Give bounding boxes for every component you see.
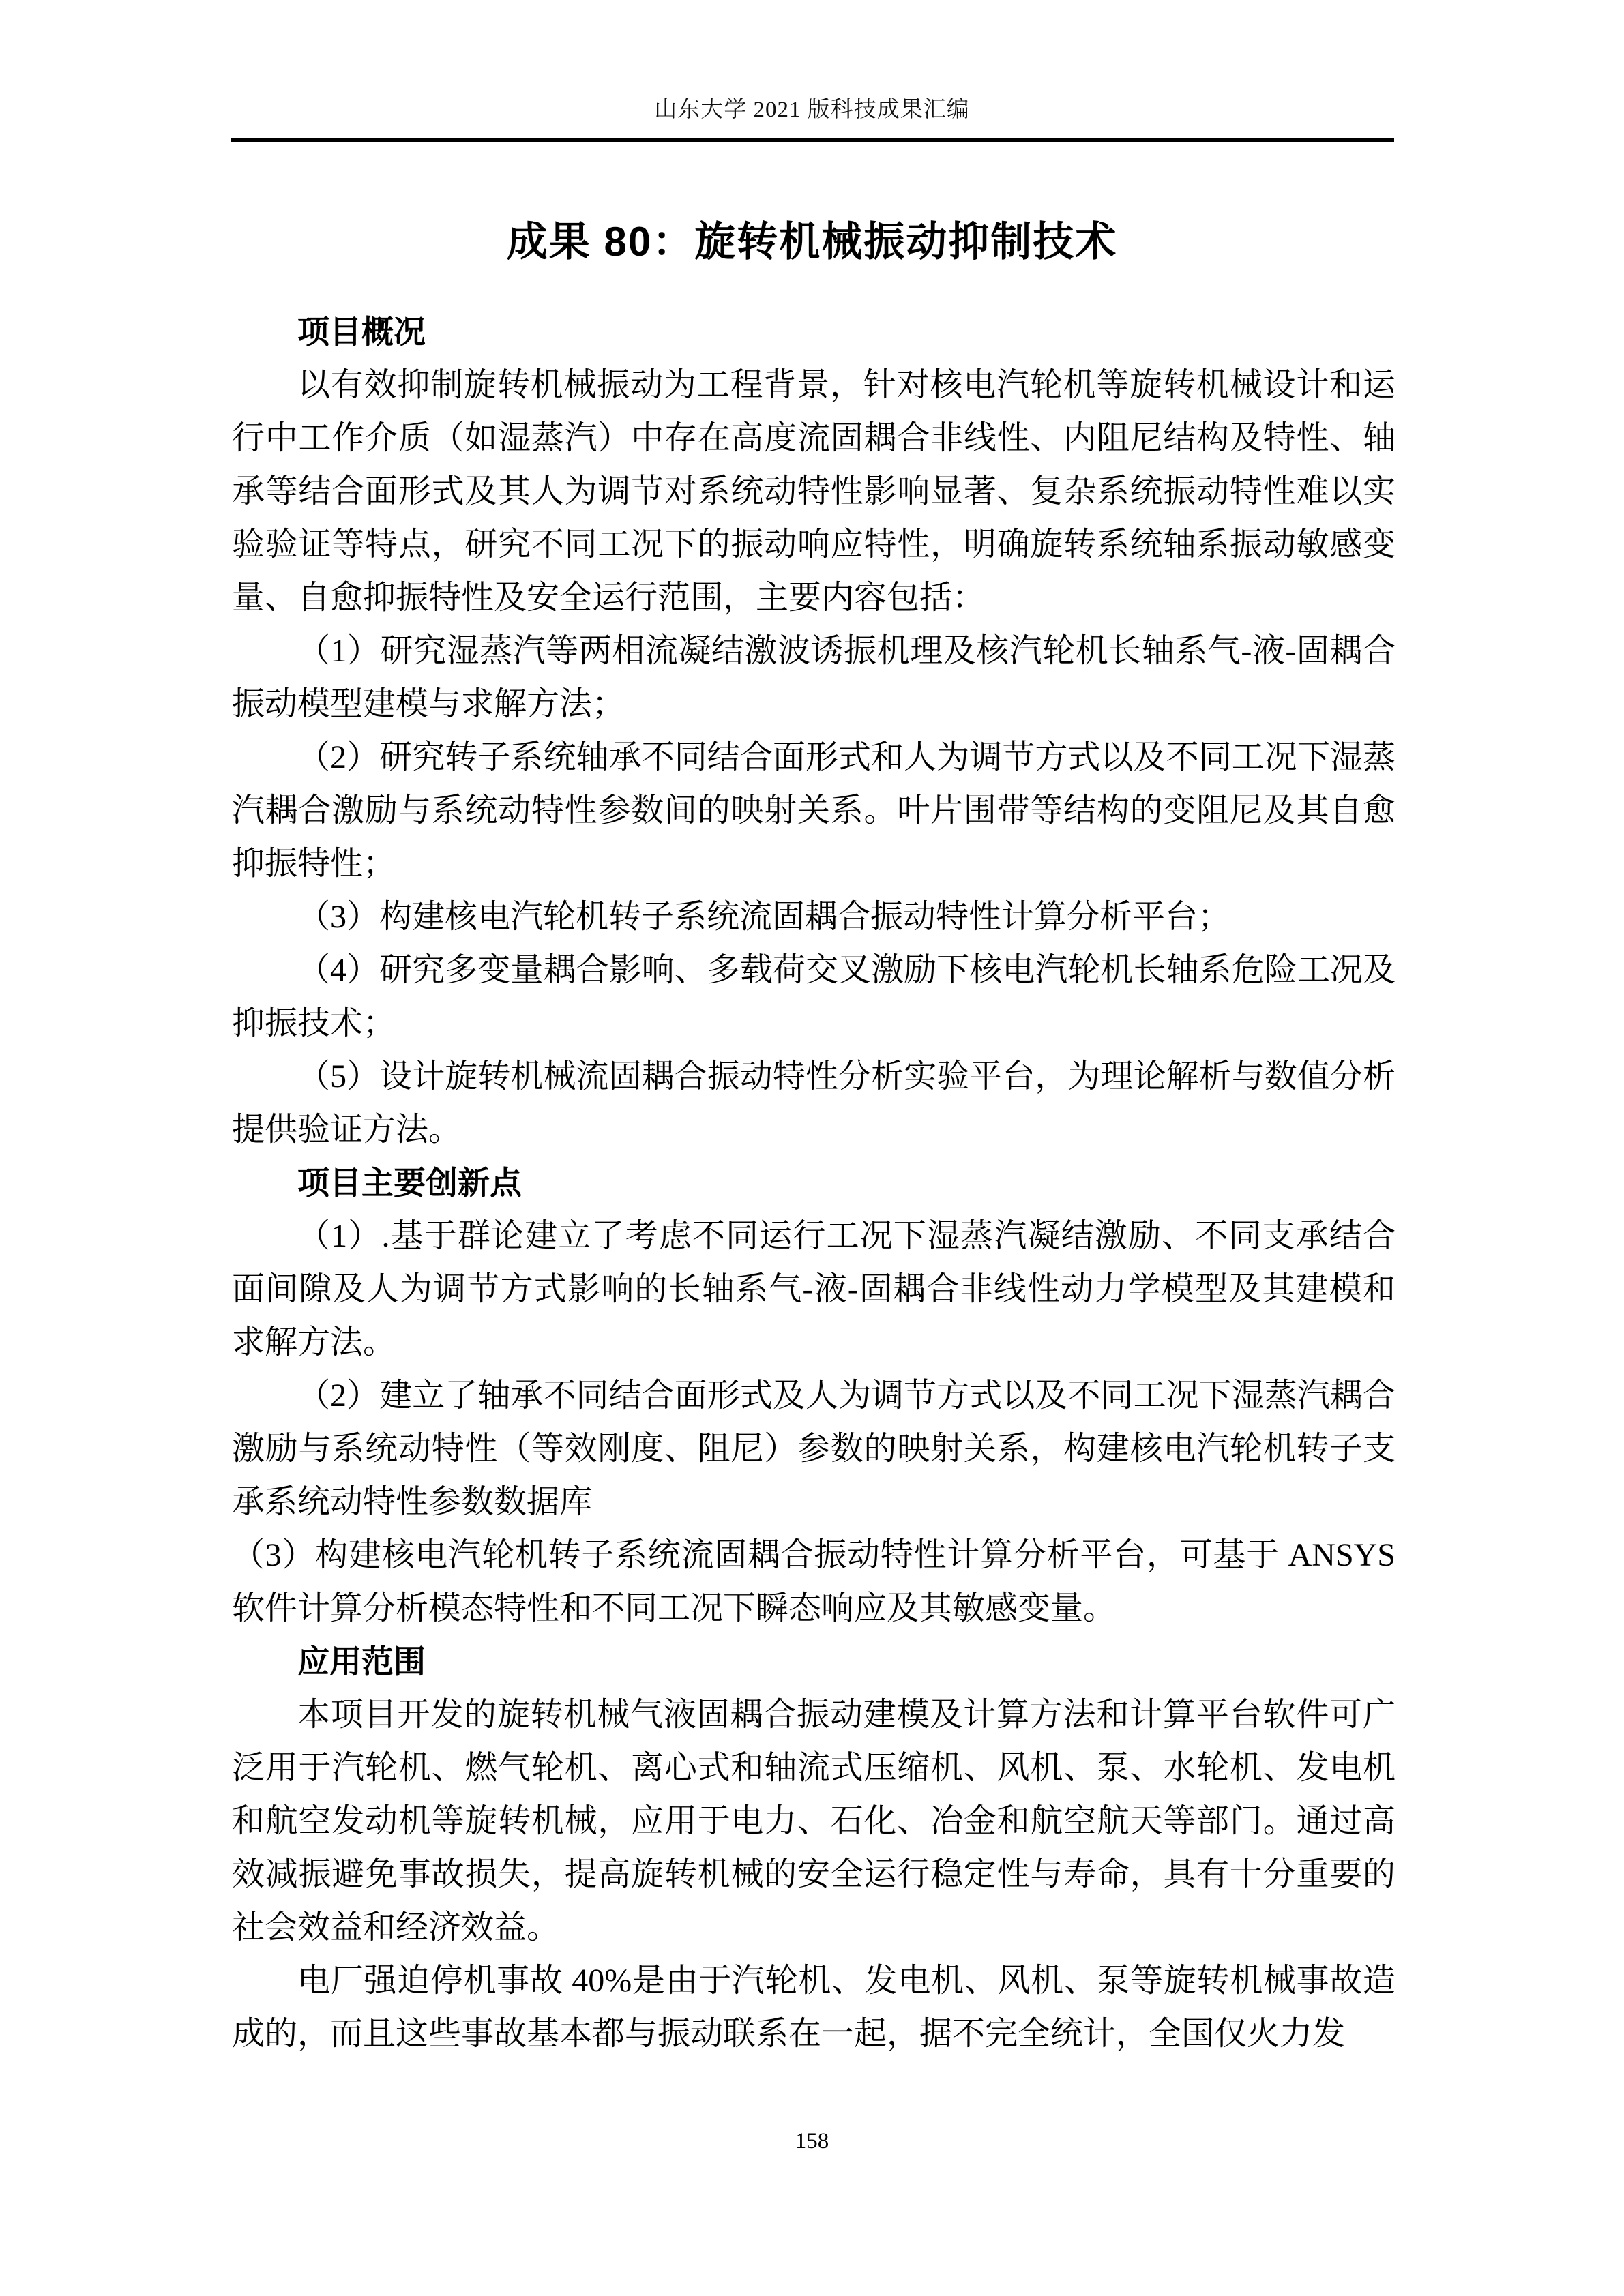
document-page: 山东大学 2021 版科技成果汇编 成果 80：旋转机械振动抑制技术 项目概况 … (0, 0, 1624, 2296)
section-heading-project-overview: 项目概况 (297, 305, 1396, 359)
section-key-innovations: 项目主要创新点 （1）.基于群论建立了考虑不同运行工况下湿蒸汽凝结激励、不同支承… (232, 1157, 1396, 1635)
page-footer: 158 (0, 2126, 1624, 2156)
para-application-2: 电厂强迫停机事故 40%是由于汽轮机、发电机、风机、泵等旋转机械事故造成的，而且… (232, 1954, 1396, 2061)
section-project-overview: 项目概况 以有效抑制旋转机械振动为工程背景，针对核电汽轮机等旋转机械设计和运行中… (232, 305, 1396, 1157)
page-header: 山东大学 2021 版科技成果汇编 (0, 0, 1624, 142)
document-title: 成果 80：旋转机械振动抑制技术 (0, 217, 1624, 267)
para-overview-item-3: （3）构建核电汽轮机转子系统流固耦合振动特性计算分析平台； (232, 891, 1396, 944)
header-rule (231, 138, 1394, 142)
document-body: 项目概况 以有效抑制旋转机械振动为工程背景，针对核电汽轮机等旋转机械设计和运行中… (232, 305, 1396, 2061)
section-heading-key-innovations: 项目主要创新点 (297, 1157, 1396, 1210)
para-innovation-item-2: （2）建立了轴承不同结合面形式及人为调节方式以及不同工况下湿蒸汽耦合激励与系统动… (232, 1369, 1396, 1529)
para-application-1: 本项目开发的旋转机械气液固耦合振动建模及计算方法和计算平台软件可广泛用于汽轮机、… (232, 1688, 1396, 1954)
header-title: 山东大学 2021 版科技成果汇编 (0, 95, 1624, 124)
para-overview-item-1: （1）研究湿蒸汽等两相流凝结激波诱振机理及核汽轮机长轴系气-液-固耦合振动模型建… (232, 625, 1396, 731)
section-heading-application-scope: 应用范围 (297, 1635, 1396, 1688)
section-application-scope: 应用范围 本项目开发的旋转机械气液固耦合振动建模及计算方法和计算平台软件可广泛用… (232, 1635, 1396, 2061)
page-number: 158 (795, 2129, 829, 2153)
para-innovation-item-1: （1）.基于群论建立了考虑不同运行工况下湿蒸汽凝结激励、不同支承结合面间隙及人为… (232, 1210, 1396, 1369)
para-overview-item-2: （2）研究转子系统轴承不同结合面形式和人为调节方式以及不同工况下湿蒸汽耦合激励与… (232, 731, 1396, 891)
para-overview-item-5: （5）设计旋转机械流固耦合振动特性分析实验平台，为理论解析与数值分析提供验证方法… (232, 1050, 1396, 1157)
para-innovation-item-3: （3）构建核电汽轮机转子系统流固耦合振动特性计算分析平台，可基于 ANSYS 软… (232, 1529, 1396, 1635)
para-overview-intro: 以有效抑制旋转机械振动为工程背景，针对核电汽轮机等旋转机械设计和运行中工作介质（… (232, 359, 1396, 625)
para-overview-item-4: （4）研究多变量耦合影响、多载荷交叉激励下核电汽轮机长轴系危险工况及抑振技术； (232, 944, 1396, 1050)
